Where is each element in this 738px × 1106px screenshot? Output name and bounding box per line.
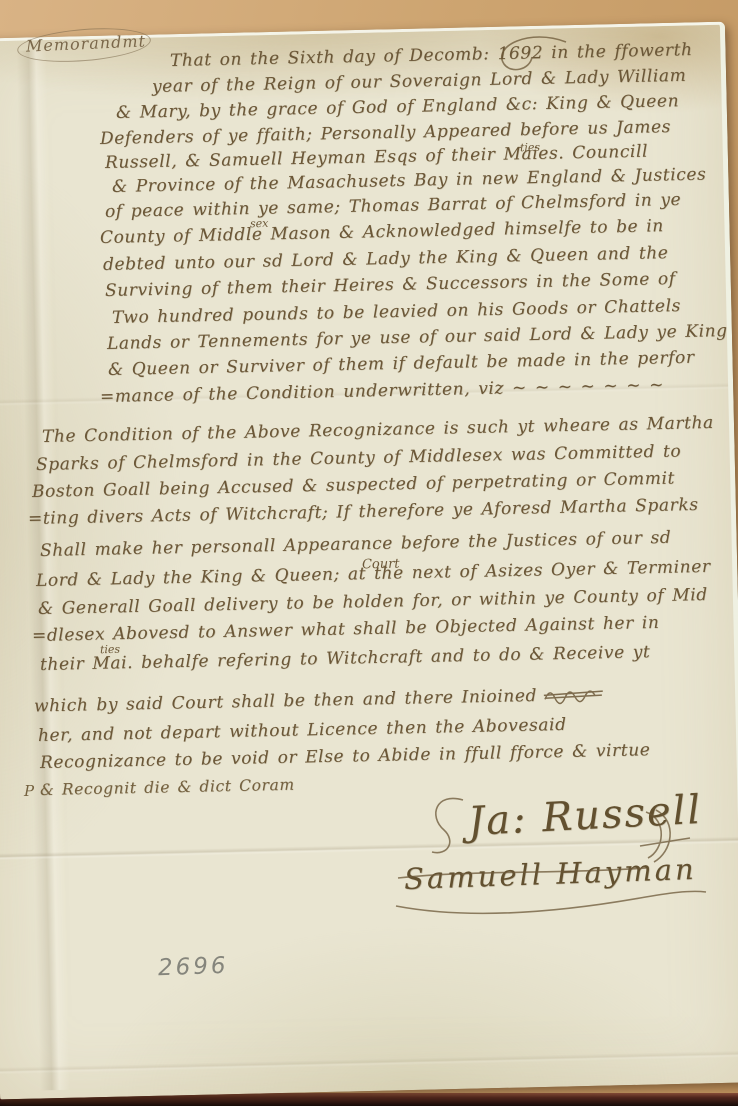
manuscript-line: which by said Court shall be then and th… [34,685,605,717]
manuscript-line: =mance of the Condition underwritten, vi… [100,376,664,406]
manuscript-line: =dlesex Abovesd to Answer what shall be … [32,614,660,646]
manuscript-line: Recognizance to be void or Else to Abide… [40,741,651,772]
closing-line: & Recognit die & dict Coram [40,777,295,799]
memorandum-heading: Memorandmt [26,33,147,54]
manuscript-line: The Condition of the Above Recognizance … [42,414,714,447]
superscript-insert-sex: sex [250,218,269,229]
catalog-number-pencil: 2696 [158,955,229,980]
manuscript-line: That on the Sixth day of Decomb: 1692 in… [170,41,693,71]
signature-james-russell: Ja: Russell [467,790,703,842]
signature-samuell-hayman: Samuell Hayman [404,855,698,894]
struck-out-word [543,685,605,706]
manuscript-line: her, and not depart without Licence then… [38,716,567,746]
manuscript-line: County of Middle Mason & Acknowledged hi… [100,217,664,247]
superscript-insert-maties: ties [100,644,120,655]
superscript-insert-maties: ties [520,142,540,153]
manuscript-line: their Mai. behalfe refering to Witchcraf… [40,643,651,674]
manuscript-line: Shall make her personall Appearance befo… [40,529,672,561]
photograph-background: Memorandmt That on the Sixth day of Deco… [0,0,738,1106]
manuscript-line: Surviving of them their Heires & Success… [105,270,676,301]
closing-paragraph-mark: P [24,784,34,799]
manuscript-line: =ting divers Acts of Witchcraft; If ther… [28,496,699,529]
ink-layer: Memorandmt That on the Sixth day of Deco… [0,0,738,1106]
manuscript-line: & Queen or Surviver of them if default b… [108,349,695,380]
superscript-insert-court: Court [362,558,400,572]
russell-leading-flourish [432,798,463,852]
line-text: which by said Court shall be then and th… [34,686,537,717]
